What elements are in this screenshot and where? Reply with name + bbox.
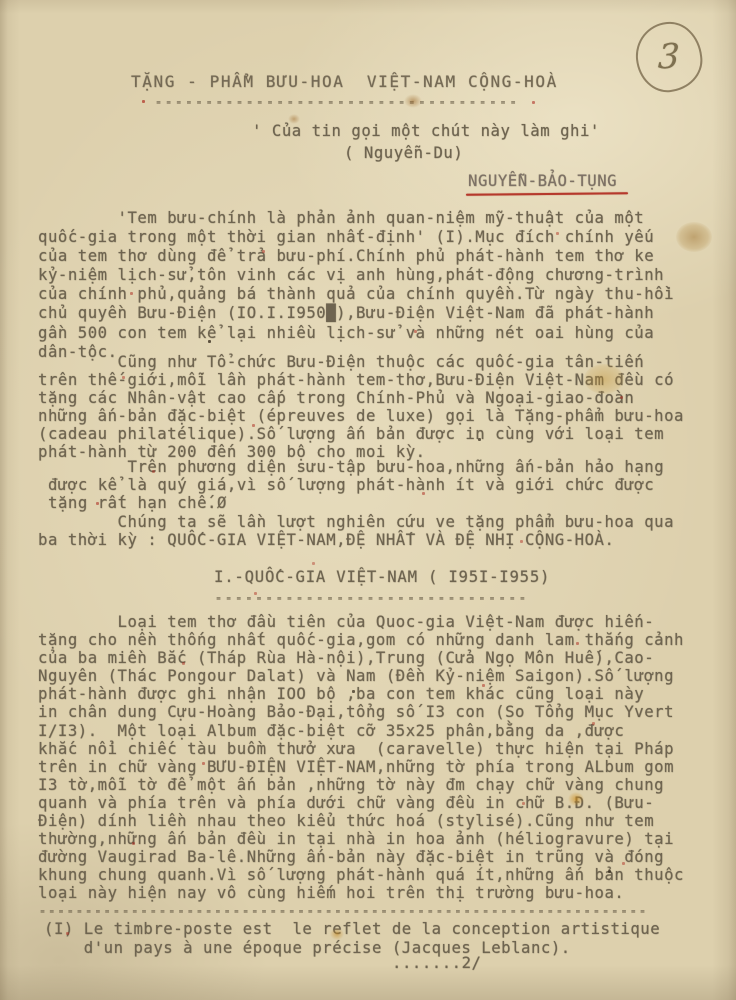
author-name: NGUYỄN-BẢO-TỤNG — [468, 172, 617, 191]
paragraph-5: Loại tem thơ đầu tiên của Quoc-gia Việt-… — [38, 613, 684, 903]
circled-page-number: 3 — [633, 19, 706, 96]
page-number-text: 3 — [657, 37, 680, 78]
ribbon-ink-specks — [0, 0, 3, 3]
paragraph-1: 'Tem bưu-chính là phản ảnh quan-niệm mỹ-… — [38, 209, 674, 362]
section-heading: I.-QUỐC-GIA VIỆT-NAM ( I95I-I955) — [214, 568, 550, 587]
paragraph-4: Chúng ta sẽ lần lượt nghiên cứu ve tặng … — [38, 513, 674, 549]
paragraph-2: Cũng như Tổ-chức Bưu-Điện thuộc các quốc… — [38, 353, 684, 462]
document-page: 3 TẶNG - PHẨM BƯU-HOA VIỆT-NAM CỘNG-HOÀ … — [0, 0, 736, 1000]
footnote-text: (I) Le timbre-poste est le reflet de la … — [44, 920, 660, 958]
footnote-separator: ----------------------------------------… — [38, 901, 647, 920]
page-continuation-marker: .......2/ — [392, 954, 481, 973]
document-title: TẶNG - PHẨM BƯU-HOA VIỆT-NAM CỘNG-HOÀ — [131, 72, 558, 91]
epigraph-attribution: ( Nguyễn-Du) — [344, 144, 463, 163]
paper-stain — [676, 222, 712, 252]
title-underline: ------------------------------------ — [154, 92, 519, 111]
section-heading-underline: ------------------------------- — [214, 588, 528, 607]
paragraph-3: Trên phương diện sưu-tập bưu-hoa,những ấ… — [48, 458, 664, 512]
author-red-underline — [466, 192, 628, 196]
epigraph-quote: ' Của tin gọi một chút này làm ghi' — [252, 122, 600, 141]
